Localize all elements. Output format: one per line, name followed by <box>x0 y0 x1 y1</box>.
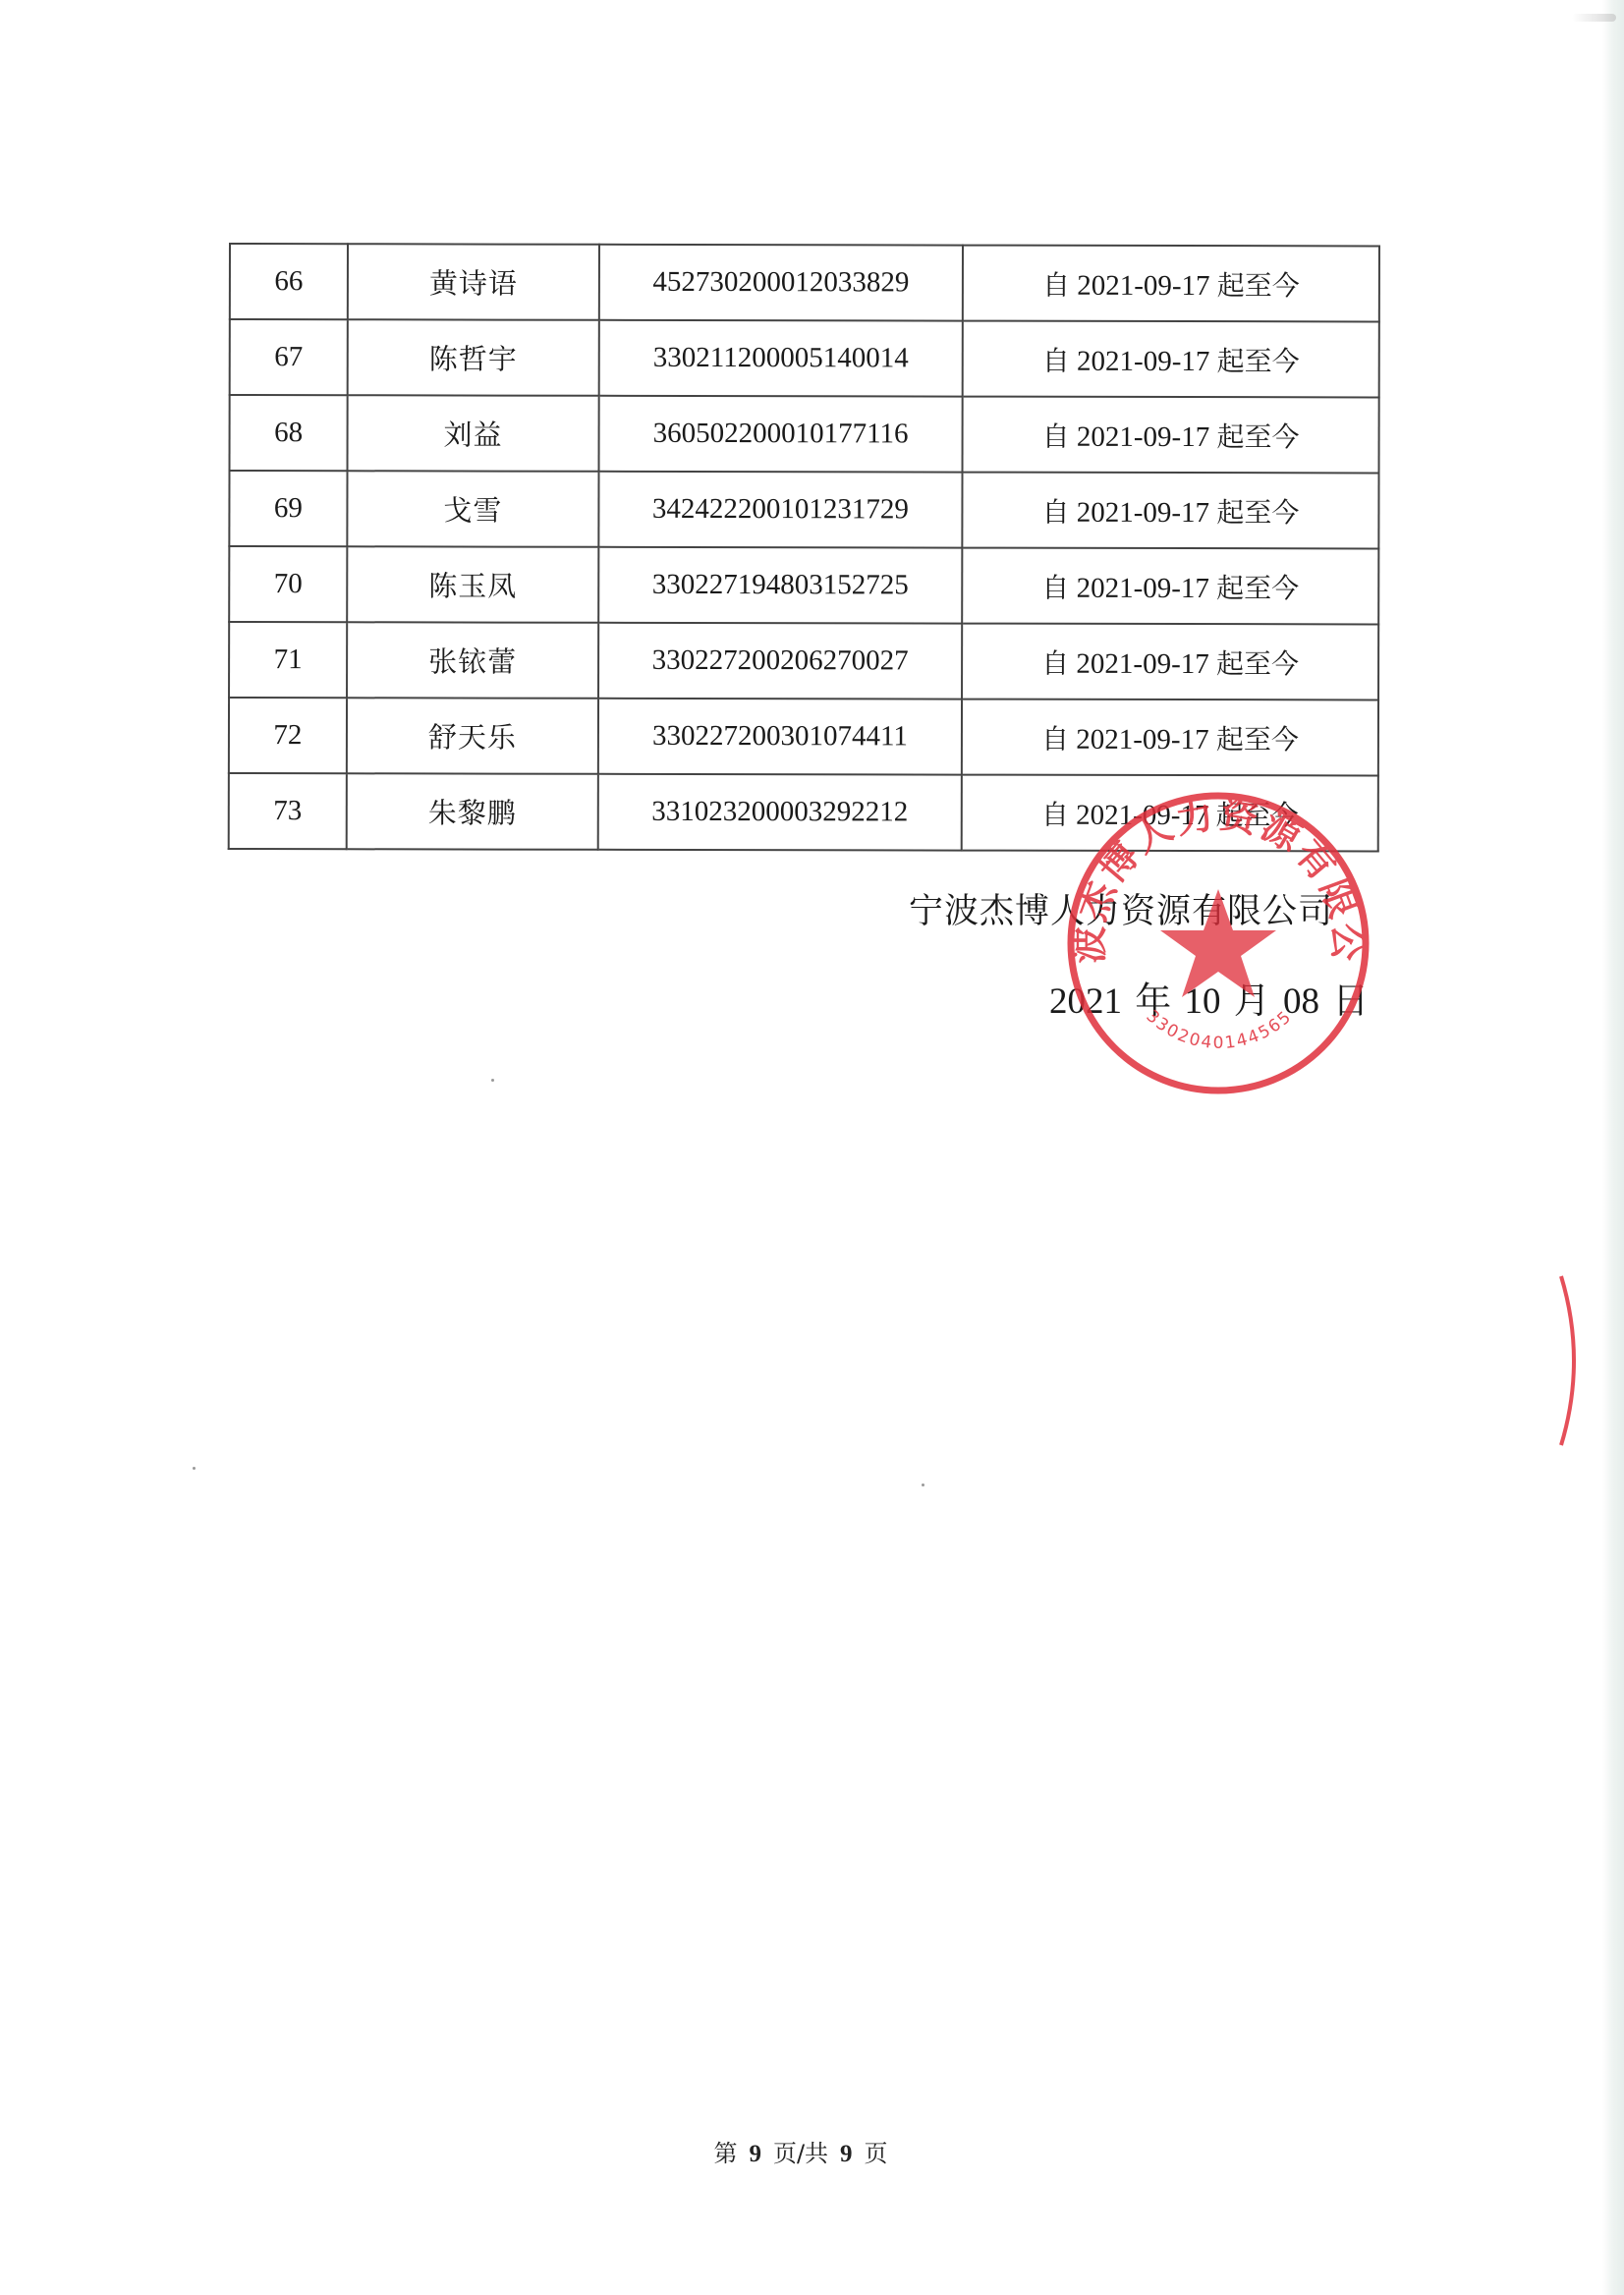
id-number: 360502200010177116 <box>599 396 963 473</box>
period-prefix: 自 <box>1041 571 1069 603</box>
period-suffix: 起至今 <box>1216 723 1299 756</box>
id-number: 342422200101231729 <box>598 472 962 548</box>
period-prefix: 自 <box>1042 420 1070 452</box>
employment-period: 自 2021-09-17 起至今 <box>962 700 1378 776</box>
table-row: 66 黄诗语 452730200012033829 自 2021-09-17 起… <box>230 244 1379 321</box>
employment-period: 自 2021-09-17 起至今 <box>963 246 1379 322</box>
row-number: 73 <box>229 773 347 849</box>
row-number: 71 <box>229 622 347 698</box>
employee-name: 戈雪 <box>347 471 598 547</box>
employee-name: 陈哲宇 <box>348 319 599 396</box>
period-prefix: 自 <box>1041 722 1069 755</box>
company-seal-icon: 宁波杰博人力资源有限公司 3302040144565 <box>1056 781 1380 1105</box>
employee-name: 黄诗语 <box>348 244 599 320</box>
page-current: 9 <box>749 2141 761 2167</box>
page-number-footer: 第9页/共9页 <box>0 2134 1601 2168</box>
partial-seal-edge-icon <box>1557 1272 1587 1449</box>
table-row: 71 张铱蕾 330227200206270027 自 2021-09-17 起… <box>229 622 1378 700</box>
period-date: 2021-09-17 <box>1077 572 1209 603</box>
table-row: 67 陈哲宇 330211200005140014 自 2021-09-17 起… <box>230 319 1379 397</box>
row-number: 70 <box>229 546 347 622</box>
id-number: 452730200012033829 <box>599 245 963 321</box>
period-date: 2021-09-17 <box>1077 345 1209 376</box>
page-label-suffix: 页 <box>865 2140 888 2167</box>
row-number: 68 <box>230 395 348 471</box>
employee-name: 张铱蕾 <box>347 622 598 699</box>
id-number: 330211200005140014 <box>599 320 963 397</box>
scan-page-edge <box>1602 0 1624 2295</box>
table-row: 68 刘益 360502200010177116 自 2021-09-17 起至… <box>230 395 1379 473</box>
employee-name: 陈玉凤 <box>347 546 598 623</box>
period-suffix: 起至今 <box>1216 420 1299 453</box>
page-label-prefix: 第 <box>713 2140 737 2167</box>
row-number: 66 <box>230 244 348 319</box>
period-suffix: 起至今 <box>1217 345 1300 377</box>
table-row: 72 舒天乐 330227200301074411 自 2021-09-17 起… <box>229 698 1378 775</box>
period-prefix: 自 <box>1042 344 1070 376</box>
row-number: 72 <box>229 698 347 773</box>
employment-period: 自 2021-09-17 起至今 <box>962 548 1378 625</box>
scan-speck <box>193 1467 196 1470</box>
employment-period: 自 2021-09-17 起至今 <box>963 321 1379 398</box>
row-number: 67 <box>230 319 348 395</box>
id-number: 330227200301074411 <box>598 699 962 775</box>
employee-name: 朱黎鹏 <box>347 773 598 850</box>
employee-roster-table: 66 黄诗语 452730200012033829 自 2021-09-17 起… <box>228 243 1380 852</box>
table-row: 70 陈玉凤 330227194803152725 自 2021-09-17 起… <box>229 546 1378 624</box>
employment-period: 自 2021-09-17 起至今 <box>962 624 1378 700</box>
period-date: 2021-09-17 <box>1076 647 1208 679</box>
period-date: 2021-09-17 <box>1077 496 1209 528</box>
scan-speck <box>491 1079 494 1082</box>
employment-period: 自 2021-09-17 起至今 <box>963 397 1379 474</box>
page-total: 9 <box>840 2141 853 2167</box>
scan-smudge <box>1572 14 1616 22</box>
employment-period: 自 2021-09-17 起至今 <box>962 473 1378 549</box>
period-prefix: 自 <box>1042 268 1070 301</box>
period-suffix: 起至今 <box>1216 647 1299 680</box>
period-date: 2021-09-17 <box>1077 269 1209 301</box>
period-suffix: 起至今 <box>1217 269 1300 302</box>
employee-name: 舒天乐 <box>347 698 598 774</box>
period-date: 2021-09-17 <box>1077 420 1209 452</box>
id-number: 330227200206270027 <box>598 623 962 700</box>
period-suffix: 起至今 <box>1216 572 1299 604</box>
scan-speck <box>922 1483 924 1486</box>
id-number: 330227194803152725 <box>598 547 962 624</box>
period-prefix: 自 <box>1041 646 1069 679</box>
table-row: 69 戈雪 342422200101231729 自 2021-09-17 起至… <box>229 471 1378 548</box>
period-date: 2021-09-17 <box>1076 723 1208 755</box>
svg-text:3302040144565: 3302040144565 <box>1143 1007 1297 1053</box>
id-number: 331023200003292212 <box>598 774 962 851</box>
page-label-mid: 页/共 <box>773 2140 828 2167</box>
period-suffix: 起至今 <box>1216 496 1299 529</box>
period-prefix: 自 <box>1041 495 1069 528</box>
employee-name: 刘益 <box>348 395 599 472</box>
row-number: 69 <box>229 471 347 546</box>
